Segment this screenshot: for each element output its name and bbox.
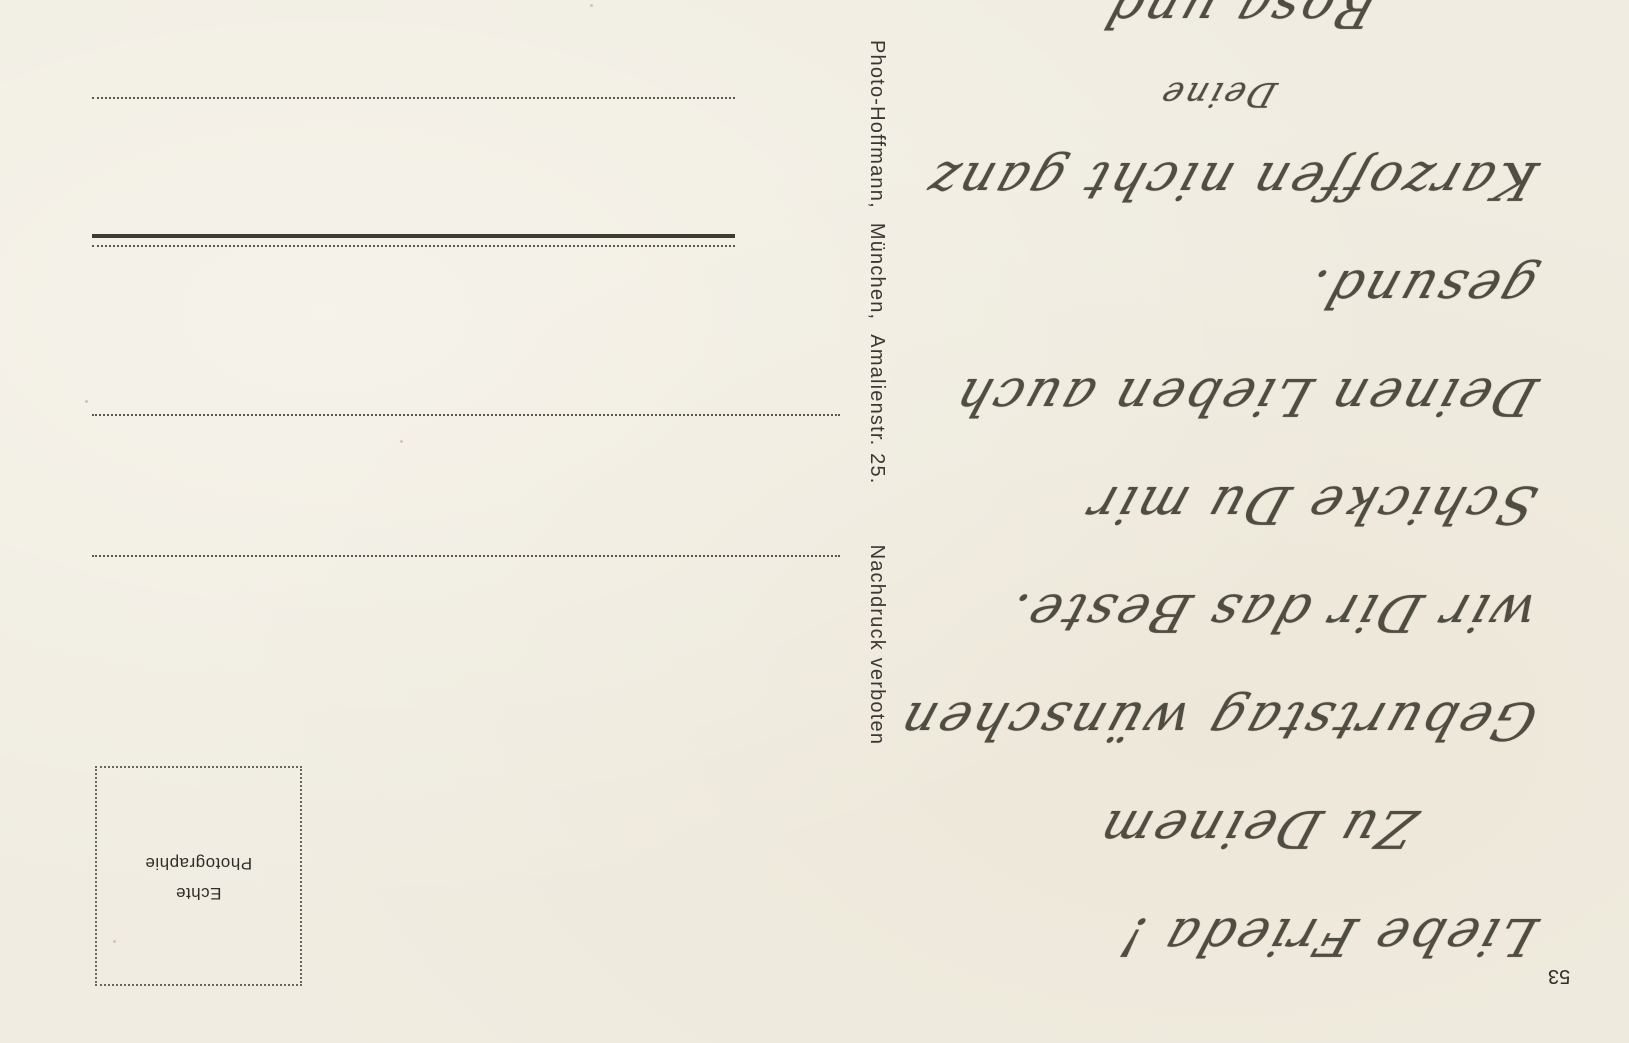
stamp-box-line-echte: Echte (97, 878, 300, 908)
card-number: 53 (1548, 964, 1570, 987)
paper-speck (590, 4, 593, 7)
message-line: Deine (925, 62, 1546, 126)
message-line: Geburtstag wünschen (917, 666, 1552, 774)
paper-speck (85, 400, 88, 403)
message-line: wir Dir das Beste. (917, 558, 1552, 666)
address-line-underline (92, 234, 735, 238)
message-line: Liebe Frieda ! (917, 882, 1552, 990)
stamp-box-text: Echte Photographie (97, 848, 300, 908)
paper-speck (113, 940, 116, 943)
stamp-box: Echte Photographie (95, 766, 302, 986)
message-line: Deinen Lieben auch (917, 342, 1552, 450)
address-line-2 (92, 245, 735, 247)
imprint-publisher: Photo-Hoffmann, (866, 40, 888, 209)
imprint-street: Amalienstr. 25. (866, 334, 888, 484)
address-line-4 (92, 555, 840, 557)
stamp-box-line-photographie: Photographie (97, 848, 300, 878)
imprint-notice: Nachdruck verboten (866, 545, 888, 746)
address-line-1 (92, 97, 735, 99)
handwritten-message: Liebe Frieda ! Zu Deinem Geburtstag wüns… (905, 20, 1605, 1010)
postcard-back: Echte Photographie Photo-Hoffmann,Münche… (0, 0, 1629, 1043)
paper-speck (400, 440, 403, 443)
message-line: Karzoffen nicht ganz (917, 126, 1552, 234)
message-line: gesund. (917, 234, 1552, 342)
message-line: Rosa und (917, 0, 1552, 62)
publisher-imprint: Photo-Hoffmann,München,Amalienstr. 25.Na… (865, 40, 888, 990)
address-line-3 (92, 414, 840, 416)
imprint-city: München, (866, 223, 888, 320)
message-line: Zu Deinem (917, 774, 1552, 882)
message-line: Schicke Du mir (917, 450, 1552, 558)
